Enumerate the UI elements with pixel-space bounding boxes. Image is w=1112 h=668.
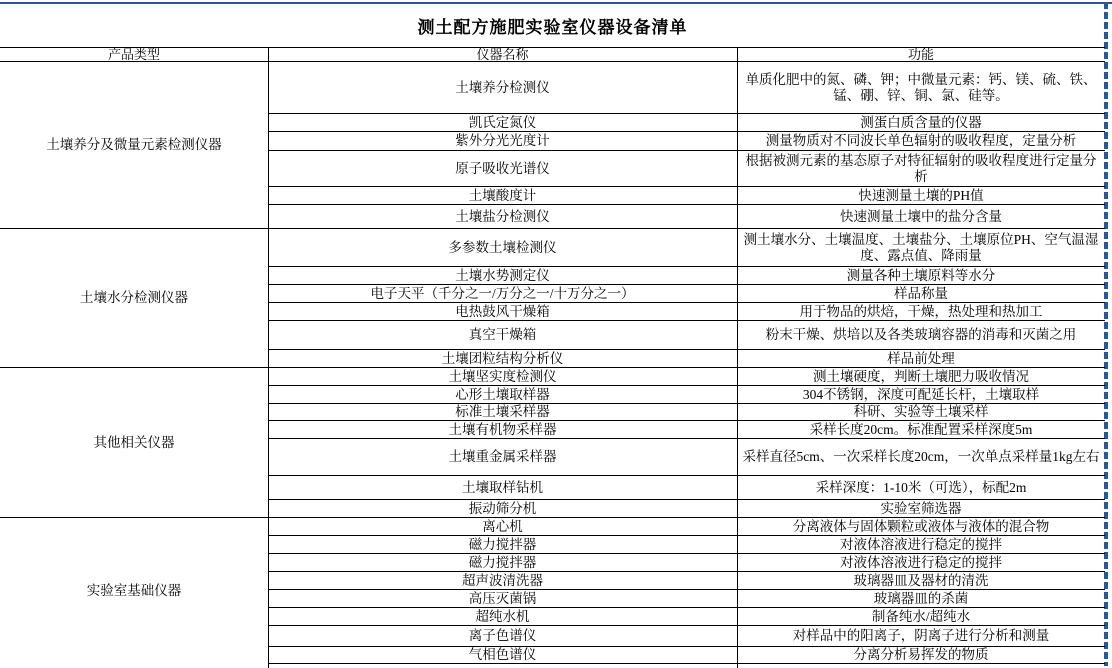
column-header-instrument-name: 仪器名称 [268, 47, 737, 61]
instrument-name-cell: 土壤取样钻机 [268, 475, 737, 499]
function-cell: 分离分析易挥发的物质 [737, 646, 1105, 664]
function-cell: 测土壤硬度，判断土壤肥力吸收情况 [737, 367, 1105, 385]
function-cell: 304不锈钢，深度可配延长杆，土壤取样 [737, 385, 1105, 403]
instrument-name-cell: 土壤酸度计 [268, 186, 737, 204]
instrument-name-cell: 高压灭菌锅 [268, 589, 737, 607]
column-divider-2 [737, 47, 738, 668]
column-divider-1 [268, 47, 269, 668]
function-cell: 对液体溶液进行稳定的搅拌 [737, 553, 1105, 571]
category-cell: 土壤养分及微量元素检测仪器 [0, 61, 268, 228]
instrument-name-cell: 土壤养分检测仪 [268, 61, 737, 113]
function-cell: 单质化肥中的氮、磷、钾；中微量元素：钙、镁、硫、铁、锰、硼、锌、铜、氯、硅等。 [737, 61, 1105, 113]
table-row: 土壤养分及微量元素检测仪器土壤养分检测仪单质化肥中的氮、磷、钾；中微量元素：钙、… [0, 61, 1105, 113]
function-cell: 采样长度20cm。标准配置采样深度5m [737, 420, 1105, 438]
function-cell: 采样直径5cm、一次采样长度20cm，一次单点采样量1kg左右 [737, 438, 1105, 475]
instrument-name-cell: 气相色谱仪 [268, 646, 737, 664]
function-cell: 快速测量土壤中的盐分含量 [737, 204, 1105, 228]
instrument-name-cell: 电热鼓风干燥箱 [268, 302, 737, 320]
function-cell: 样品前处理 [737, 349, 1105, 367]
function-cell: 测量各种土壤原料等水分 [737, 266, 1105, 284]
function-cell: 样品称量 [737, 284, 1105, 302]
function-cell: 玻璃器皿的杀菌 [737, 589, 1105, 607]
instrument-name-cell: 电子天平（千分之一/万分之一/十万分之一） [268, 284, 737, 302]
function-cell: 粉末干燥、烘培以及各类玻璃容器的消毒和灭菌之用 [737, 320, 1105, 349]
function-cell: 测蛋白质含量的仪器 [737, 113, 1105, 131]
instrument-name-cell: 超声波清洗器 [268, 571, 737, 589]
function-cell: 实验室筛选器 [737, 499, 1105, 517]
instrument-name-cell: 真空干燥箱 [268, 320, 737, 349]
function-cell: 对液体溶液进行稳定的搅拌 [737, 535, 1105, 553]
instrument-name-cell: 磁力搅拌器 [268, 553, 737, 571]
instrument-name-cell: 离子色谱仪 [268, 625, 737, 646]
category-cell: 其他相关仪器 [0, 367, 268, 517]
instrument-name-cell: 标准土壤采样器 [268, 403, 737, 420]
table-row: 实验室基础仪器离心机分离液体与固体颗粒或液体与液体的混合物 [0, 517, 1105, 535]
function-cell: 根据被测元素的基态原子对特征辐射的吸收程度进行定量分析 [737, 150, 1105, 186]
instrument-name-cell: 土壤重金属采样器 [268, 438, 737, 475]
column-header-function: 功能 [737, 47, 1105, 61]
instrument-name-cell: 离心机 [268, 517, 737, 535]
function-cell: 对样品中的阳离子，阴离子进行分析和测量 [737, 625, 1105, 646]
function-cell: 玻璃器皿及器材的清洗 [737, 571, 1105, 589]
instrument-name-cell: 原子吸收光谱仪 [268, 150, 737, 186]
function-cell: 采样深度：1-10米（可选），标配2m [737, 475, 1105, 499]
function-cell: 测量物质对不同波长单色辐射的吸收程度，定量分析 [737, 131, 1105, 150]
function-cell: 快速测量土壤的PH值 [737, 186, 1105, 204]
equipment-table: 产品类型 仪器名称 功能 土壤养分及微量元素检测仪器土壤养分检测仪单质化肥中的氮… [0, 47, 1105, 664]
table-row: 土壤水分检测仪器多参数土壤检测仪测土壤水分、土壤温度、土壤盐分、土壤原位PH、空… [0, 228, 1105, 266]
category-cell: 实验室基础仪器 [0, 517, 268, 664]
instrument-name-cell: 振动筛分机 [268, 499, 737, 517]
instrument-name-cell: 土壤盐分检测仪 [268, 204, 737, 228]
function-cell: 制备纯水/超纯水 [737, 607, 1105, 625]
instrument-name-cell: 土壤水势测定仪 [268, 266, 737, 284]
instrument-name-cell: 土壤坚实度检测仪 [268, 367, 737, 385]
category-cell: 土壤水分检测仪器 [0, 228, 268, 367]
instrument-name-cell: 多参数土壤检测仪 [268, 228, 737, 266]
function-cell: 分离液体与固体颗粒或液体与液体的混合物 [737, 517, 1105, 535]
column-header-product-type: 产品类型 [0, 47, 268, 61]
instrument-name-cell: 心形土壤取样器 [268, 385, 737, 403]
instrument-name-cell: 磁力搅拌器 [268, 535, 737, 553]
page-title: 测土配方施肥实验室仪器设备清单 [0, 3, 1105, 47]
table-row: 其他相关仪器土壤坚实度检测仪测土壤硬度，判断土壤肥力吸收情况 [0, 367, 1105, 385]
instrument-name-cell: 土壤团粒结构分析仪 [268, 349, 737, 367]
instrument-name-cell: 土壤有机物采样器 [268, 420, 737, 438]
function-cell: 测土壤水分、土壤温度、土壤盐分、土壤原位PH、空气温湿度、露点值、降雨量 [737, 228, 1105, 266]
spreadsheet-page: 测土配方施肥实验室仪器设备清单 产品类型 仪器名称 功能 土壤养分及微量元素检测… [0, 0, 1112, 668]
instrument-name-cell: 超纯水机 [268, 607, 737, 625]
instrument-name-cell: 紫外分光光度计 [268, 131, 737, 150]
header-row: 产品类型 仪器名称 功能 [0, 47, 1105, 61]
function-cell: 科研、实验等土壤采样 [737, 403, 1105, 420]
instrument-name-cell: 凯氏定氮仪 [268, 113, 737, 131]
function-cell: 用于物品的烘焙，干燥，热处理和热加工 [737, 302, 1105, 320]
